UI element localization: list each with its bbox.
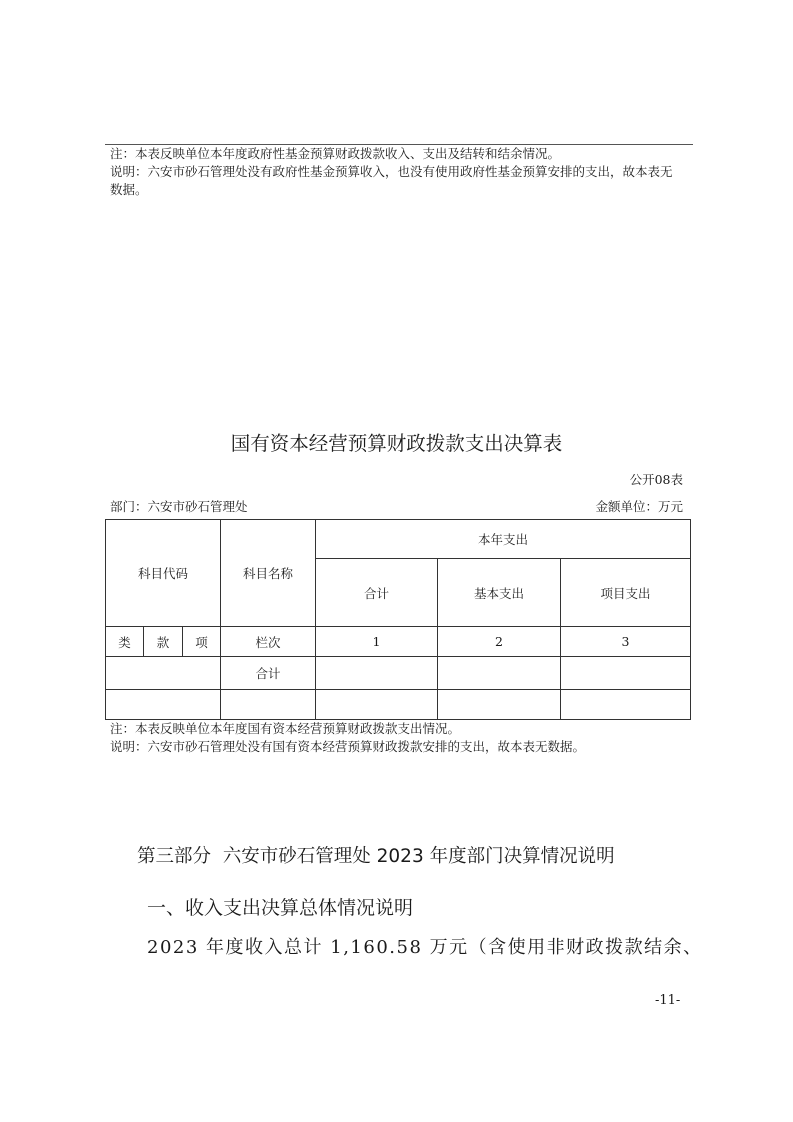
row-name bbox=[221, 690, 316, 720]
row-total bbox=[316, 657, 438, 690]
table-row: 合计 bbox=[106, 657, 691, 690]
prev-table-explain-line1: 说明：六安市砂石管理处没有政府性基金预算收入，也没有使用政府性基金预算安排的支出… bbox=[110, 163, 673, 181]
form-number: 公开08表 bbox=[630, 470, 683, 488]
row-project bbox=[561, 690, 691, 720]
header-subject-name: 科目名称 bbox=[221, 520, 316, 627]
prev-table-note: 注：本表反映单位本年度政府性基金预算财政拨款收入、支出及结转和结余情况。 bbox=[110, 145, 560, 163]
header-col3: 3 bbox=[561, 627, 691, 657]
prev-table-explain-line2: 数据。 bbox=[110, 181, 148, 199]
section-one-heading: 一、收入支出决算总体情况说明 bbox=[147, 893, 413, 920]
row-basic bbox=[438, 657, 561, 690]
body-paragraph: 2023 年度收入总计 1,160.58 万元（含使用非财政拨款结余、 bbox=[147, 933, 703, 959]
table-note: 注：本表反映单位本年度国有资本经营预算财政拨款支出情况。 bbox=[110, 720, 460, 738]
table-row bbox=[106, 690, 691, 720]
header-project-expenditure: 项目支出 bbox=[561, 559, 691, 627]
header-section: 款 bbox=[144, 627, 183, 657]
header-column-index: 栏次 bbox=[221, 627, 316, 657]
header-col2: 2 bbox=[438, 627, 561, 657]
row-name: 合计 bbox=[221, 657, 316, 690]
page-number: -11- bbox=[655, 993, 680, 1008]
part-three-heading: 第三部分 六安市砂石管理处 2023 年度部门决算情况说明 bbox=[137, 842, 615, 868]
row-basic bbox=[438, 690, 561, 720]
header-basic-expenditure: 基本支出 bbox=[438, 559, 561, 627]
department-label: 部门：六安市砂石管理处 bbox=[110, 497, 248, 515]
row-code bbox=[106, 690, 221, 720]
row-project bbox=[561, 657, 691, 690]
header-total: 合计 bbox=[316, 559, 438, 627]
table-title: 国有资本经营预算财政拨款支出决算表 bbox=[0, 428, 793, 456]
header-col1: 1 bbox=[316, 627, 438, 657]
row-code bbox=[106, 657, 221, 690]
table-explain: 说明：六安市砂石管理处没有国有资本经营预算财政拨款安排的支出，故本表无数据。 bbox=[110, 738, 585, 756]
unit-label: 金额单位：万元 bbox=[595, 497, 683, 515]
header-class: 类 bbox=[106, 627, 144, 657]
header-current-year-expenditure: 本年支出 bbox=[316, 520, 691, 559]
header-item: 项 bbox=[183, 627, 221, 657]
header-subject-code: 科目代码 bbox=[106, 520, 221, 627]
expenditure-table: 科目代码 科目名称 本年支出 合计 基本支出 项目支出 类 款 项 栏次 1 2… bbox=[105, 519, 691, 720]
row-total bbox=[316, 690, 438, 720]
